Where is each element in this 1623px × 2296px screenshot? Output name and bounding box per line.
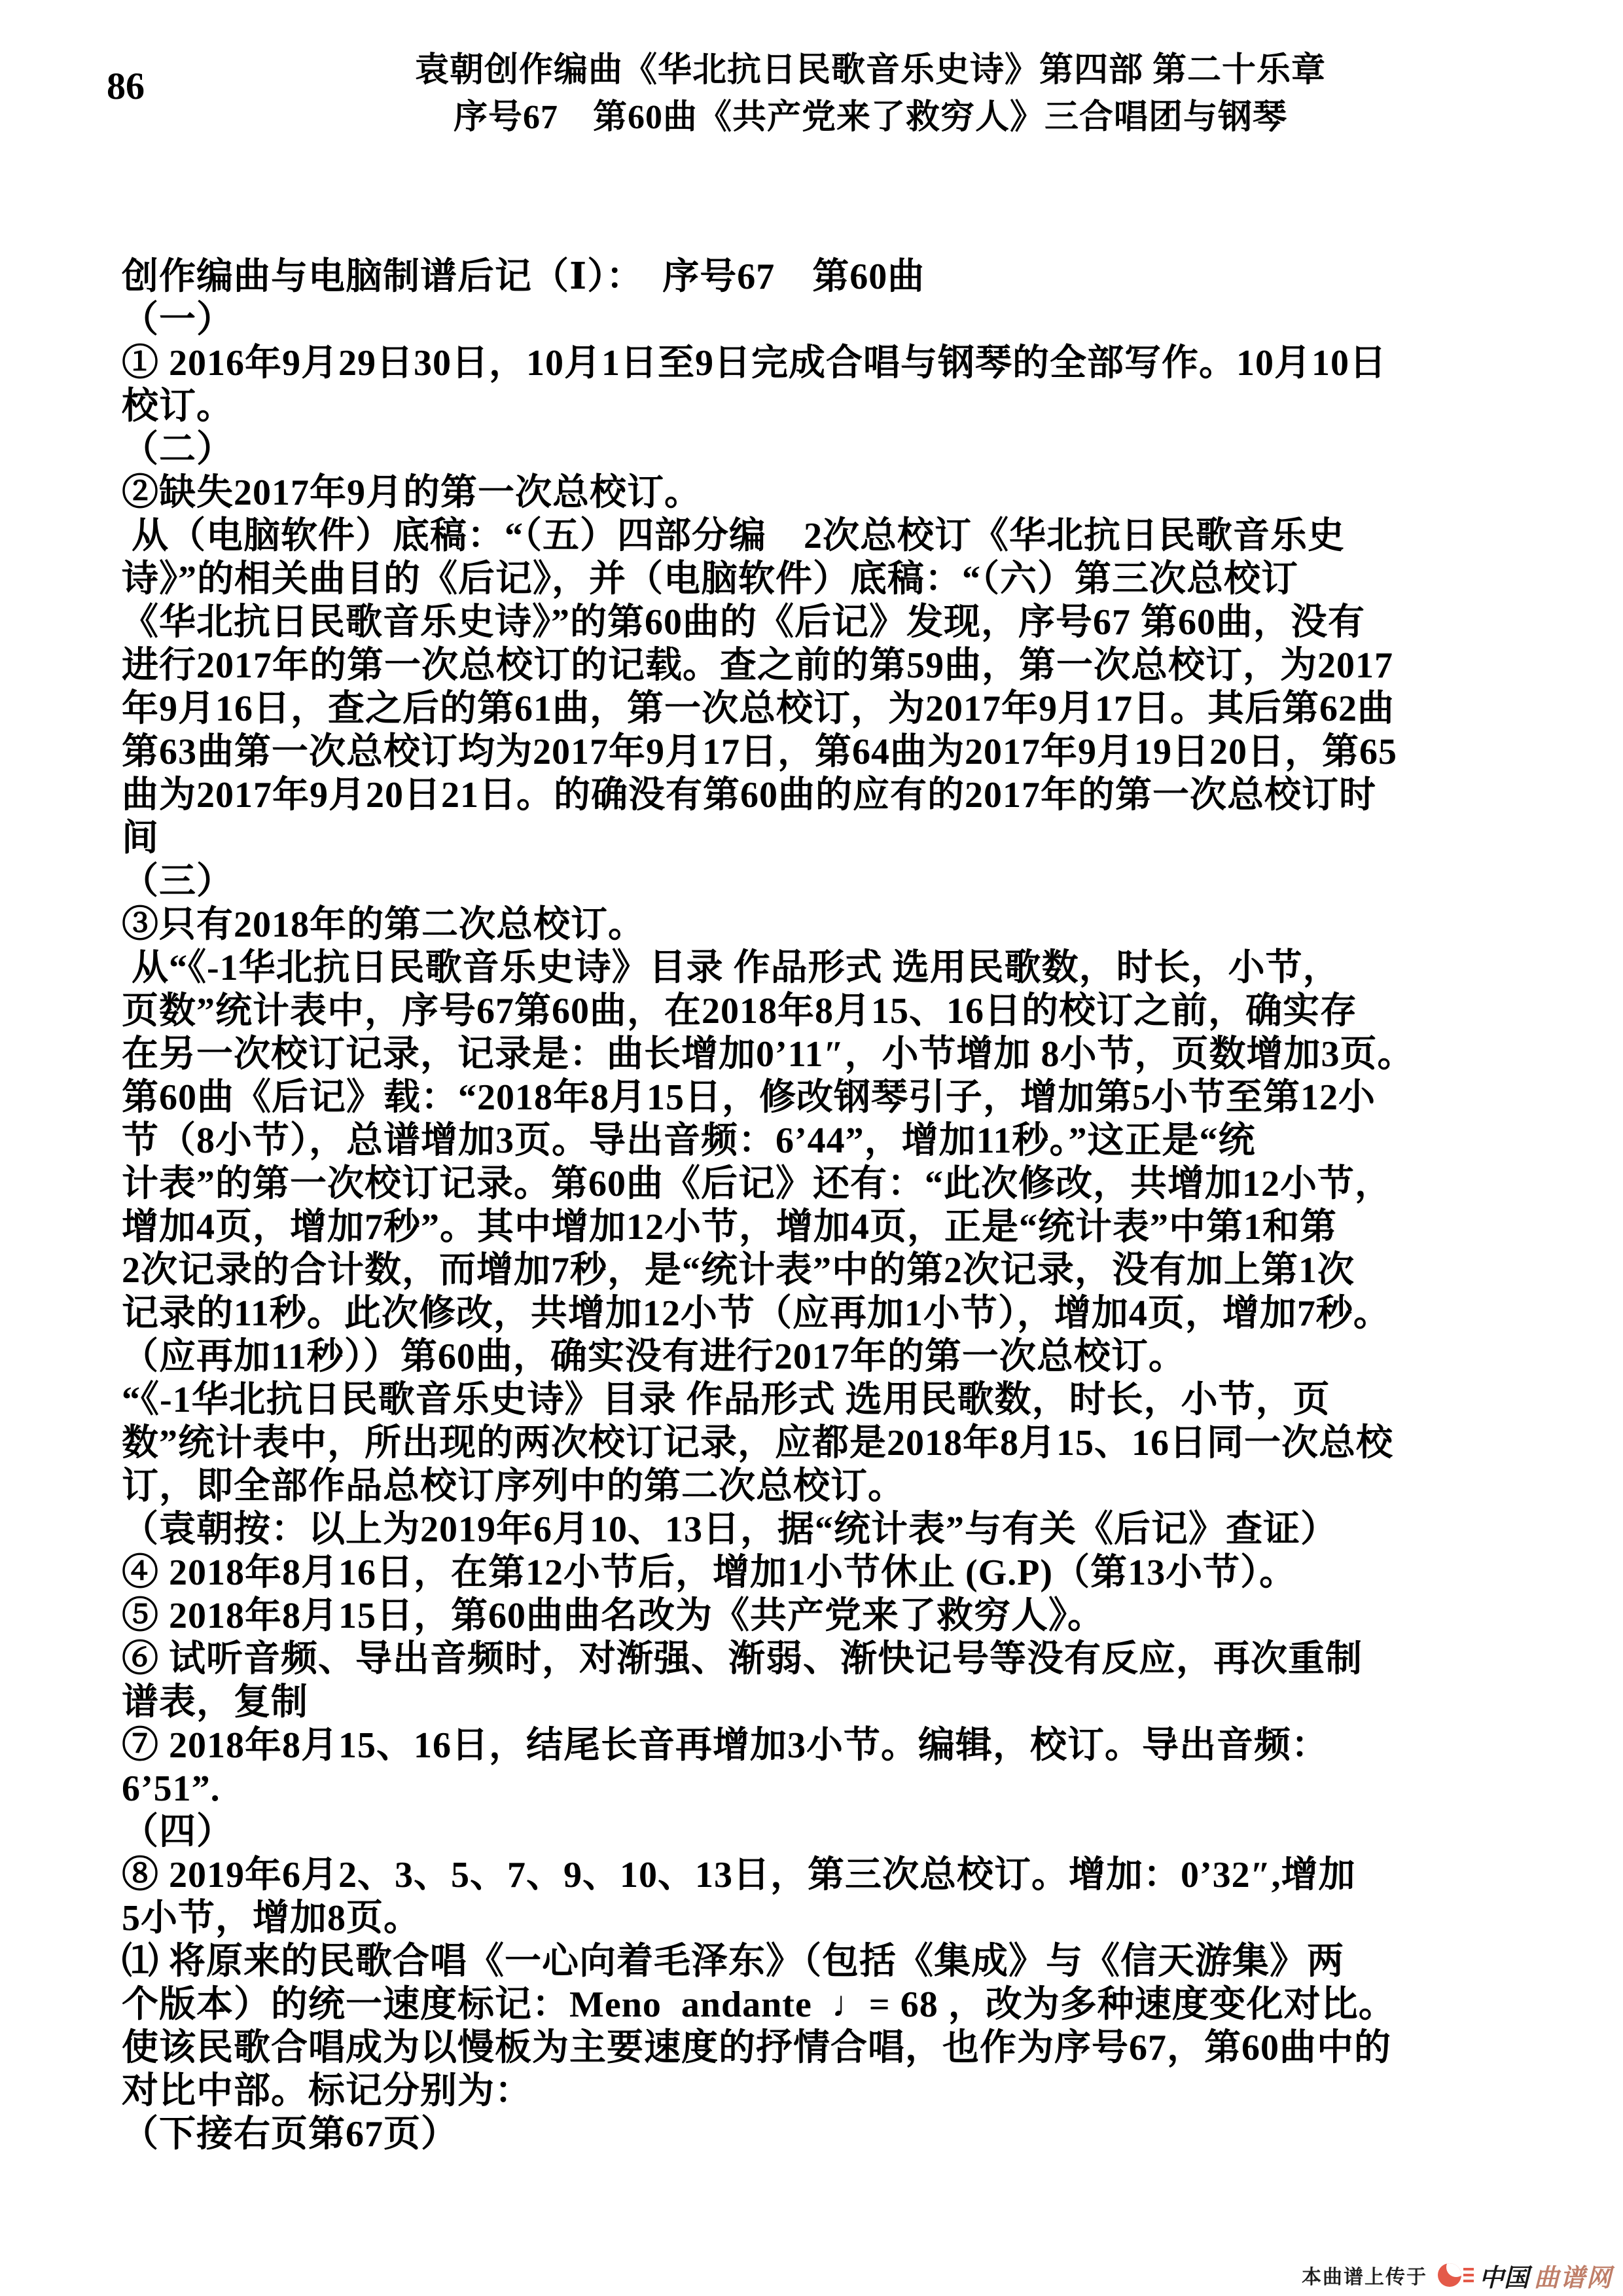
body-line: ⑴ 将原来的民歌合唱《一心向着毛泽东》（包括《集成》与《信天游集》两 xyxy=(122,1940,1542,1983)
body-line: 从（电脑软件）底稿：“（五）四部分编 2次总校订《华北抗日民歌音乐史 xyxy=(122,514,1542,558)
body-line: 谱表，复制 xyxy=(122,1681,1542,1724)
body-line: （应再加11秒））第60曲，确实没有进行2017年的第一次总校订。 xyxy=(122,1335,1542,1378)
body-line: 年9月16日，查之后的第61曲，第一次总校订，为2017年9月17日。其后第62… xyxy=(122,687,1542,730)
body-line: 节（8小节），总谱增加3页。导出音频：6’44”，增加11秒。”这正是“统 xyxy=(122,1119,1542,1162)
body-line: ① 2016年9月29日30日，10月1日至9日完成合唱与钢琴的全部写作。10月… xyxy=(122,342,1542,385)
watermark: 本曲谱上传于 中国 曲谱网 xyxy=(1302,2259,1613,2291)
body-line: 创作编曲与电脑制谱后记（Ⅰ）： 序号67 第60曲 xyxy=(122,255,1542,298)
body-line: 订，即全部作品总校订序列中的第二次总校订。 xyxy=(122,1465,1542,1508)
body-line: 间 xyxy=(122,817,1542,860)
body-line: （二） xyxy=(122,428,1542,471)
body-line: 个版本）的统一速度标记：Meno andante ♩= 68 ，改为多种速度变化… xyxy=(122,1983,1542,2026)
body-line: 计表”的第一次校订记录。第60曲《后记》还有：“此次修改，共增加12小节， xyxy=(122,1162,1542,1206)
header-title-line2: 序号67 第60曲《共产党来了救穷人》三合唱团与钢琴 xyxy=(216,94,1525,141)
body-line: 校订。 xyxy=(122,385,1542,428)
body-line: ⑦ 2018年8月15、16日，结尾长音再增加3小节。编辑，校订。导出音频： xyxy=(122,1724,1542,1767)
document-page: 86 袁朝创作编曲《华北抗日民歌音乐史诗》第四部 第二十乐章 序号67 第60曲… xyxy=(0,0,1623,2296)
body-line: 6’51”. xyxy=(122,1767,1542,1810)
body-line: 曲为2017年9月20日21日。的确没有第60曲的应有的2017年的第一次总校订… xyxy=(122,774,1542,817)
body-line: （三） xyxy=(122,860,1542,903)
body-line: （一） xyxy=(122,298,1542,342)
body-line: 5小节，增加8页。 xyxy=(122,1897,1542,1940)
logo-disc xyxy=(1438,2263,1461,2287)
body-line: 增加4页，增加7秒”。其中增加12小节，增加4页，正是“统计表”中第1和第 xyxy=(122,1206,1542,1249)
body-line: 数”统计表中，所出现的两次校订记录，应都是2018年8月15、16日同一次总校 xyxy=(122,1422,1542,1465)
body-line: 在另一次校订记录，记录是：曲长增加0’11″，小节增加 8小节，页数增加3页。 xyxy=(122,1033,1542,1076)
body-line: （四） xyxy=(122,1810,1542,1854)
body-line: 诗》”的相关曲目的《后记》，并（电脑软件）底稿：“（六）第三次总校订 xyxy=(122,558,1542,601)
logo-staff-lines xyxy=(1463,2268,1474,2282)
body-line: ⑤ 2018年8月15日，第60曲曲名改为《共产党来了救穷人》。 xyxy=(122,1594,1542,1638)
watermark-site-name-black: 中国 xyxy=(1479,2257,1529,2293)
body-line: 《华北抗日民歌音乐史诗》”的第60曲的《后记》发现，序号67 第60曲，没有 xyxy=(122,601,1542,644)
body-line: 页数”统计表中，序号67第60曲，在2018年8月15、16日的校订之前，确实存 xyxy=(122,990,1542,1033)
body-line: 2次记录的合计数，而增加7秒，是“统计表”中的第2次记录，没有加上第1次 xyxy=(122,1249,1542,1292)
body-line: 进行2017年的第一次总校订的记载。查之前的第59曲，第一次总校订，为2017 xyxy=(122,644,1542,687)
watermark-site-name-colored: 曲谱网 xyxy=(1534,2257,1613,2293)
body-line: ③只有2018年的第二次总校订。 xyxy=(122,903,1542,946)
body-line: ②缺失2017年9月的第一次总校订。 xyxy=(122,471,1542,514)
page-number: 86 xyxy=(107,64,145,108)
body-line: （袁朝按：以上为2019年6月10、13日，据“统计表”与有关《后记》查证） xyxy=(122,1508,1542,1551)
body-line: 对比中部。标记分别为： xyxy=(122,2070,1542,2113)
body-text: 创作编曲与电脑制谱后记（Ⅰ）： 序号67 第60曲（一）① 2016年9月29日… xyxy=(122,255,1542,2156)
body-line: 从“《-1华北抗日民歌音乐史诗》目录 作品形式 选用民歌数，时长，小节， xyxy=(122,946,1542,990)
body-line: 使该民歌合唱成为以慢板为主要速度的抒情合唱，也作为序号67，第60曲中的 xyxy=(122,2026,1542,2070)
body-line: 第63曲第一次总校订均为2017年9月17日，第64曲为2017年9月19日20… xyxy=(122,730,1542,774)
body-line: ⑥ 试听音频、导出音频时，对渐强、渐弱、渐快记号等没有反应，再次重制 xyxy=(122,1638,1542,1681)
watermark-upload-text: 本曲谱上传于 xyxy=(1302,2261,1427,2289)
body-line: ④ 2018年8月16日，在第12小节后，增加1小节休止 (G.P)（第13小节… xyxy=(122,1551,1542,1594)
body-line: ⑧ 2019年6月2、3、5、7、9、10、13日，第三次总校订。增加：0’32… xyxy=(122,1854,1542,1897)
body-line: 记录的11秒。此次修改，共增加12小节（应再加1小节），增加4页，增加7秒。 xyxy=(122,1292,1542,1335)
music-note-circle-icon xyxy=(1438,2263,1474,2287)
document-header: 袁朝创作编曲《华北抗日民歌音乐史诗》第四部 第二十乐章 序号67 第60曲《共产… xyxy=(216,47,1525,141)
body-line: 第60曲《后记》载：“2018年8月15日，修改钢琴引子，增加第5小节至第12小 xyxy=(122,1076,1542,1119)
body-line: “《-1华北抗日民歌音乐史诗》目录 作品形式 选用民歌数，时长，小节，页 xyxy=(122,1378,1542,1422)
body-line: （下接右页第67页） xyxy=(122,2113,1542,2156)
header-title-line1: 袁朝创作编曲《华北抗日民歌音乐史诗》第四部 第二十乐章 xyxy=(216,47,1525,94)
